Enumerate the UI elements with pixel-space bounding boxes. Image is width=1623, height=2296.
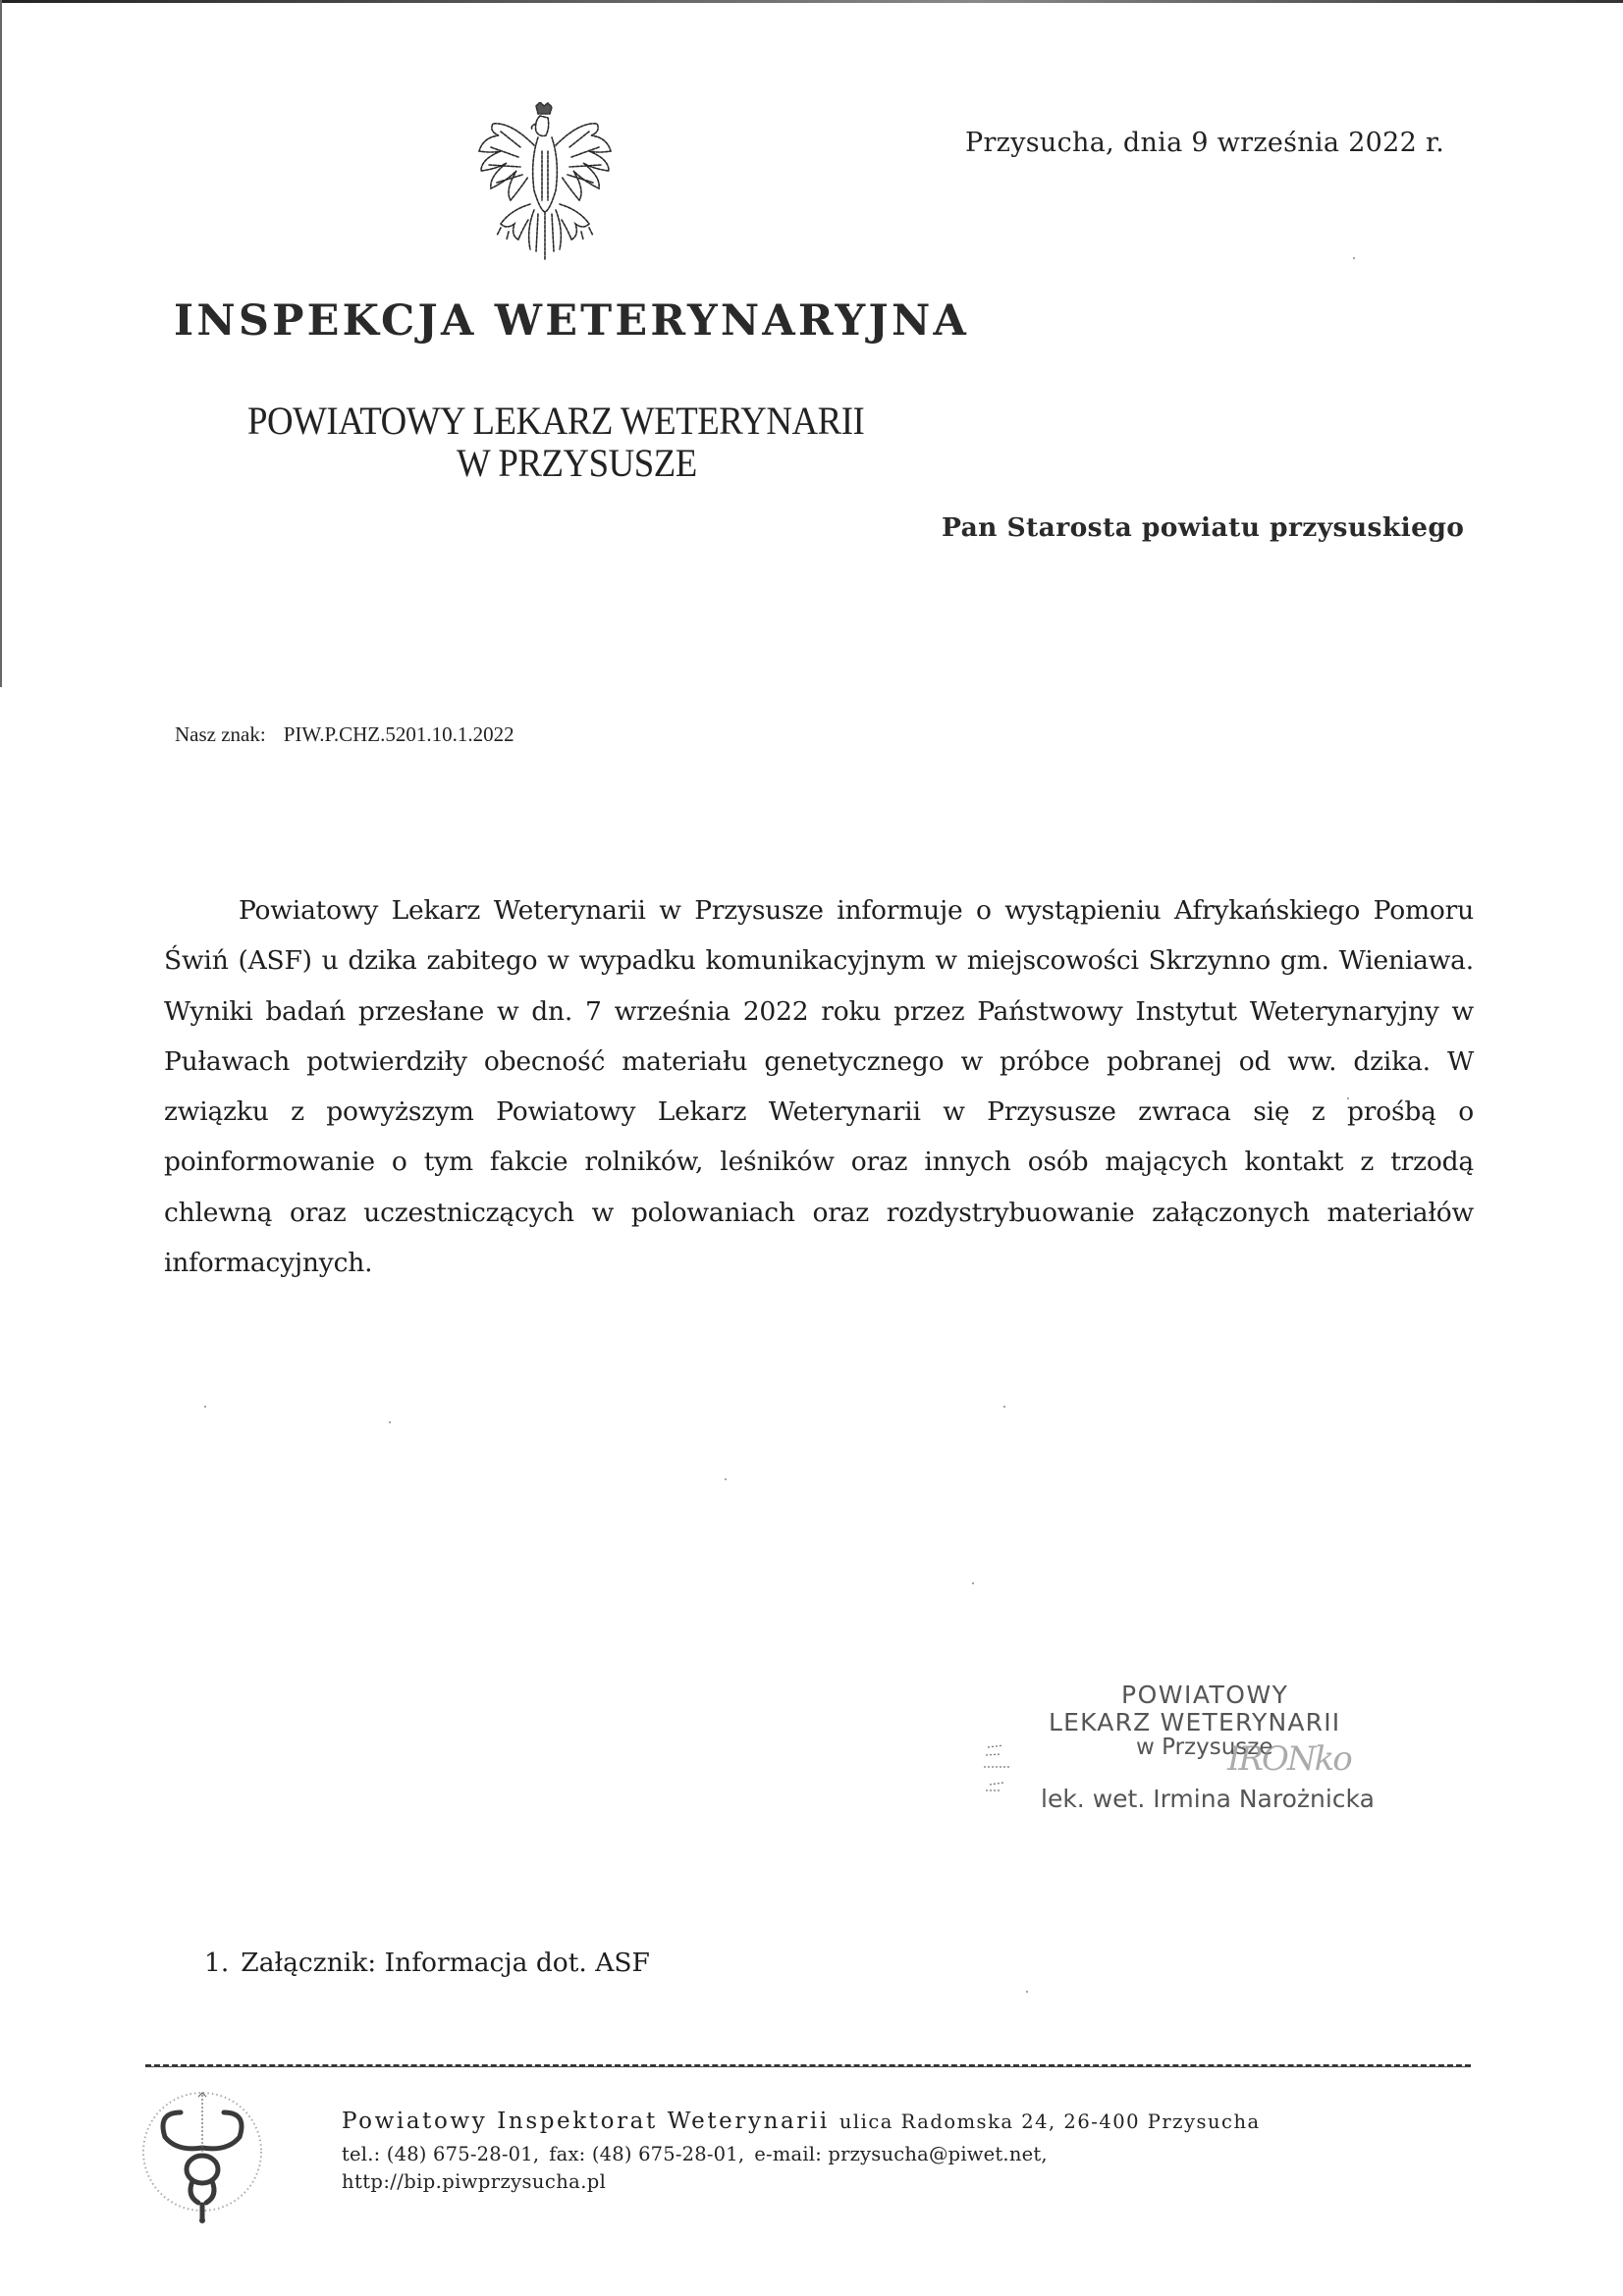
stamp-smudge-icon [982, 1737, 1041, 1796]
polish-eagle-icon [471, 102, 619, 265]
reference-number: Nasz znak:PIW.P.CHZ.5201.10.1.2022 [175, 722, 514, 747]
stamp-line-2: LEKARZ WETERYNARII [1049, 1708, 1340, 1736]
addressee: Pan Starosta powiatu przysuskiego [942, 512, 1464, 543]
attachment-number: 1. [204, 1948, 229, 1978]
footer-email: e-mail: przysucha@piwet.net, [754, 2143, 1047, 2165]
scan-speck [1026, 1991, 1028, 1993]
footer-organization-line: Powiatowy Inspektorat Weterynariiulica R… [342, 2109, 1261, 2134]
footer-divider-line [145, 2066, 1471, 2067]
scan-speck [1003, 1406, 1005, 1408]
scan-speck [389, 1421, 391, 1423]
reference-value: PIW.P.CHZ.5201.10.1.2022 [284, 722, 514, 746]
attachment-text: Załącznik: Informacja dot. ASF [241, 1948, 650, 1978]
footer-tel: tel.: (48) 675-28-01, [342, 2143, 539, 2165]
letter-date: Przysucha, dnia 9 września 2022 r. [965, 128, 1444, 158]
attachment-item: 1.Załącznik: Informacja dot. ASF [204, 1948, 650, 1978]
institution-title: INSPEKCJA WETERYNARYJNA [174, 296, 969, 346]
stamp-signatory: lek. wet. Irmina Narożnicka [1041, 1785, 1375, 1813]
footer-organization: Powiatowy Inspektorat Weterynarii [342, 2109, 830, 2134]
footer-fax: fax: (48) 675-28-01, [549, 2143, 744, 2165]
footer-address: ulica Radomska 24, 26-400 Przysucha [839, 2110, 1261, 2133]
institution-location: W PRZYSUSZE [457, 440, 697, 486]
scan-speck [725, 1478, 727, 1480]
scan-speck [972, 1582, 974, 1584]
footer-contact-line: tel.: (48) 675-28-01,fax: (48) 675-28-01… [342, 2143, 1057, 2165]
stamp-line-1: POWIATOWY [1121, 1681, 1288, 1709]
caduceus-icon [137, 2083, 275, 2225]
scan-speck [1347, 1097, 1349, 1099]
handwritten-signature: IRONko [1227, 1739, 1351, 1779]
letter-page: INSPEKCJA WETERYNARYJNA POWIATOWY LEKARZ… [0, 0, 1623, 2296]
scan-speck [204, 1406, 206, 1408]
scan-edge-top [0, 0, 1623, 3]
institution-subtitle: POWIATOWY LEKARZ WETERYNARII [247, 398, 864, 444]
letter-body: Powiatowy Lekarz Weterynarii w Przysusze… [164, 885, 1474, 1288]
scan-edge-left [0, 0, 2, 687]
reference-label: Nasz znak: [175, 722, 266, 746]
scan-speck [1353, 257, 1355, 259]
footer-website: http://bip.piwprzysucha.pl [342, 2170, 606, 2193]
